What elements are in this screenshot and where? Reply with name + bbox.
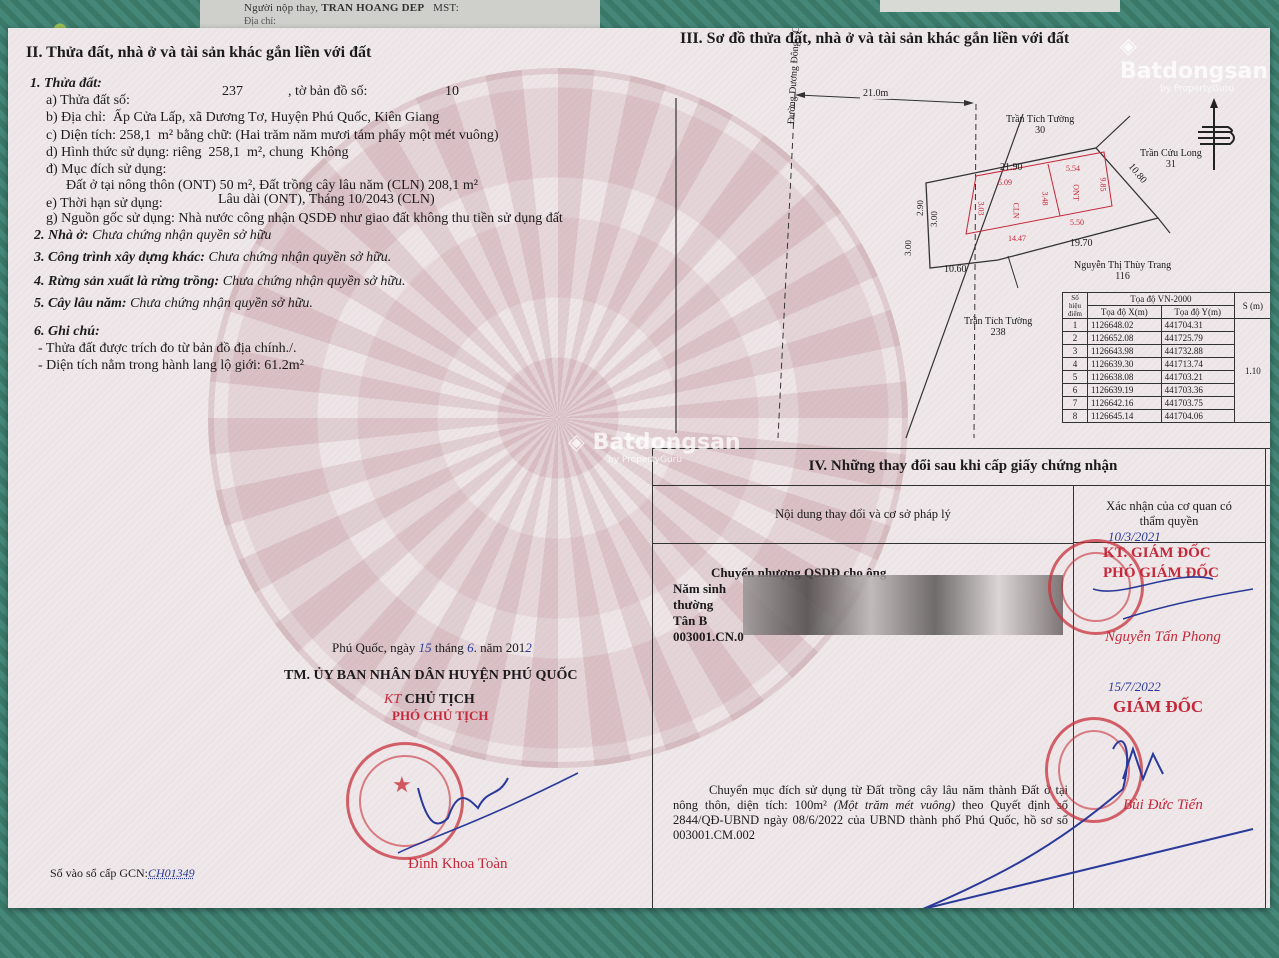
coord-y: 441703.21 [1161, 371, 1234, 384]
month-label: tháng [435, 640, 464, 655]
point-no: 2 [1063, 332, 1088, 345]
entry2-signer: Bùi Đức Tiến [1123, 797, 1203, 814]
neighbor-31: Trần Cửu Long31 [1140, 148, 1202, 170]
signature-dinh-khoa-toan [388, 768, 588, 858]
point-no: 6 [1063, 384, 1088, 397]
land-code-cln: CLN [1012, 203, 1021, 219]
dim-bottom: 19.70 [1070, 238, 1093, 249]
changes-table: IV. Những thay đổi sau khi cấp giấy chứn… [652, 448, 1270, 908]
point-no: 3 [1063, 345, 1088, 358]
coord-y: 441725.79 [1161, 332, 1234, 345]
year-label: năm 201 [480, 640, 525, 655]
red-dim-5: 3.48 [1041, 192, 1050, 206]
coord-y: 441732.88 [1161, 345, 1234, 358]
land-code-ont: ONT [1072, 184, 1081, 200]
vice-chairman-title: PHÓ CHỦ TỊCH [392, 708, 489, 724]
coord-x: 1126645.14 [1088, 410, 1162, 423]
dim-left-c: 3.00 [903, 240, 914, 256]
neighbor-116: Nguyễn Thị Thùy Trang116 [1074, 260, 1171, 282]
coordinate-row: 11126648.02441704.311.10 [1063, 319, 1271, 332]
col-x: Tọa độ X(m) [1088, 306, 1162, 319]
coord-x: 1126642.16 [1088, 397, 1162, 410]
coord-y: 441704.06 [1161, 410, 1234, 423]
place-date-label: Phú Quốc, ngày [332, 640, 415, 655]
on-behalf-mark: KT [384, 692, 401, 707]
side-paper-edge [880, 0, 1120, 12]
col-y: Tọa độ Y(m) [1161, 306, 1234, 319]
coord-y: 441713.74 [1161, 358, 1234, 371]
dim-bottom-left: 10.60 [944, 264, 967, 275]
red-dim-6: 5.50 [1070, 218, 1084, 227]
coord-x: 1126643.98 [1088, 345, 1162, 358]
chairman-title: CHỦ TỊCH [405, 692, 475, 707]
point-no: 5 [1063, 371, 1088, 384]
dim-top: 21.90 [1000, 162, 1023, 173]
red-dim-2: 5.54 [1066, 164, 1080, 173]
point-no: 7 [1063, 397, 1088, 410]
neighbor-238: Trần Tích Tường238 [964, 316, 1032, 338]
coord-x: 1126639.30 [1088, 358, 1162, 371]
coordinate-table: Số hiệu điểm Tọa độ VN-2000 S (m) Tọa độ… [1062, 292, 1270, 423]
year-handwritten: 2 [525, 640, 532, 655]
month-handwritten: 6 [467, 640, 474, 655]
batdongsan-watermark-top: ◈ Batdongsan by PropertyGuru [1120, 34, 1279, 94]
col-s: S (m) [1234, 293, 1270, 319]
point-no: 4 [1063, 358, 1088, 371]
registry-no: CH01349 [148, 866, 195, 880]
col-group: Tọa độ VN-2000 [1088, 293, 1235, 306]
dim-left-a: 2.90 [915, 200, 926, 216]
neighbor-30: Trần Tích Tường30 [1006, 114, 1074, 136]
col-point: Số hiệu điểm [1063, 293, 1088, 319]
red-dim-4: 3.03 [977, 202, 986, 216]
payer-name: TRAN HOANG DEP [321, 2, 424, 14]
road-width: 21.0m [860, 88, 891, 99]
red-dim-7: 14.47 [1008, 234, 1026, 243]
dim-left-b: 3.00 [929, 211, 940, 227]
signature-nguyen-tan-phong [653, 449, 1270, 908]
authority: TM. ỦY BAN NHÂN DÂN HUYỆN PHÚ QUỐC [284, 668, 577, 684]
payer-label: Người nộp thay, [244, 2, 318, 14]
coord-x: 1126639.19 [1088, 384, 1162, 397]
land-certificate: II. Thửa đất, nhà ở và tài sản khác gắn … [8, 28, 1270, 908]
coord-y: 441704.31 [1161, 319, 1234, 332]
batdongsan-watermark-center: ◈ Batdongsan by PropertyGuru [568, 430, 741, 465]
point-no: 1 [1063, 319, 1088, 332]
red-dim-1: 5.09 [998, 178, 1012, 187]
coord-y: 441703.75 [1161, 397, 1234, 410]
coord-y: 441703.36 [1161, 384, 1234, 397]
s-value: 1.10 [1234, 319, 1270, 423]
coord-x: 1126638.08 [1088, 371, 1162, 384]
address-label: Địa chỉ: [244, 16, 276, 27]
point-no: 8 [1063, 410, 1088, 423]
coord-x: 1126652.08 [1088, 332, 1162, 345]
day-handwritten: 15 [419, 640, 432, 655]
red-dim-3: 9.85 [1099, 178, 1108, 192]
registry-label: Số vào sổ cấp GCN: [50, 866, 148, 880]
coord-x: 1126648.02 [1088, 319, 1162, 332]
signer-name: Đinh Khoa Toàn [408, 856, 508, 873]
tax-label: MST: [433, 2, 459, 14]
